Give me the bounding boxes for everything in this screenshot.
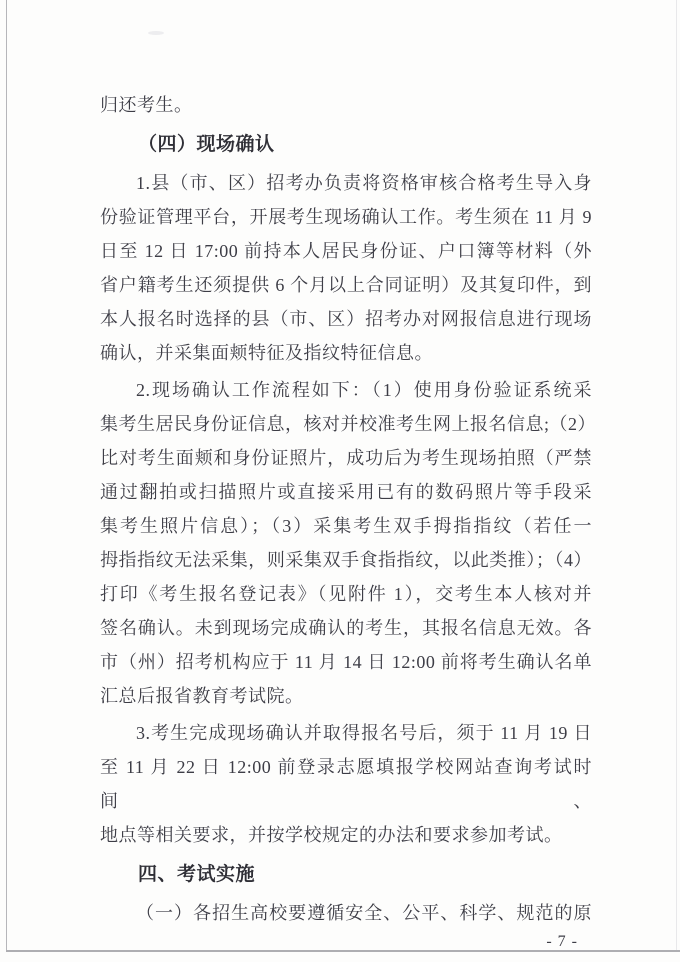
text-line: 1.县（市、区）招考办负责将资格审核合格考生导入身 xyxy=(100,166,592,200)
text-line: 2.现场确认工作流程如下：（1）使用身份验证系统采 xyxy=(100,373,592,407)
text-line: 归还考生。 xyxy=(100,88,592,122)
text-line: 份验证管理平台，开展考生现场确认工作。考生须在 11 月 9 xyxy=(100,200,592,234)
text-line: 签名确认。未到现场完成确认的考生，其报名信息无效。各 xyxy=(100,611,592,645)
section-heading: 四、考试实施 xyxy=(100,858,592,892)
text-line: 3.考生完成现场确认并取得报名号后，须于 11 月 19 日 xyxy=(100,716,592,750)
document-body: 归还考生。（四）现场确认1.县（市、区）招考办负责将资格审核合格考生导入身份验证… xyxy=(100,0,592,952)
document-lines: 归还考生。（四）现场确认1.县（市、区）招考办负责将资格审核合格考生导入身份验证… xyxy=(100,88,592,930)
section-heading: （四）现场确认 xyxy=(100,128,592,162)
text-line: 拇指指纹无法采集，则采集双手食指指纹，以此类推）；（4） xyxy=(100,543,592,577)
text-line: 打印《考生报名登记表》（见附件 1），交考生本人核对并 xyxy=(100,577,592,611)
text-line: 比对考生面颊和身份证照片，成功后为考生现场拍照（严禁 xyxy=(100,441,592,475)
page-number: - 7 - xyxy=(100,932,592,952)
text-line: 通过翻拍或扫描照片或直接采用已有的数码照片等手段采 xyxy=(100,475,592,509)
text-line: 确认，并采集面颊特征及指纹特征信息。 xyxy=(100,336,592,370)
text-line: 集考生居民身份证信息，核对并校准考生网上报名信息;（2） xyxy=(100,407,592,441)
text-line: 省户籍考生还须提供 6 个月以上合同证明）及其复印件，到 xyxy=(100,268,592,302)
scanned-page: 归还考生。（四）现场确认1.县（市、区）招考办负责将资格审核合格考生导入身份验证… xyxy=(0,0,680,962)
text-line: 本人报名时选择的县（市、区）招考办对网报信息进行现场 xyxy=(100,302,592,336)
scan-edge-left xyxy=(6,0,7,950)
text-line: 集考生照片信息）；（3）采集考生双手拇指指纹（若任一 xyxy=(100,509,592,543)
text-line: 地点等相关要求，并按学校规定的办法和要求参加考试。 xyxy=(100,818,592,852)
text-line: 市（州）招考机构应于 11 月 14 日 12:00 前将考生确认名单 xyxy=(100,645,592,679)
text-line: 日至 12 日 17:00 前持本人居民身份证、户口簿等材料（外 xyxy=(100,234,592,268)
text-line: （一）各招生高校要遵循安全、公平、科学、规范的原 xyxy=(100,896,592,930)
text-line: 至 11 月 22 日 12:00 前登录志愿填报学校网站查询考试时间、 xyxy=(100,750,592,818)
scan-edge-right xyxy=(676,0,677,950)
text-line: 汇总后报省教育考试院。 xyxy=(100,679,592,713)
